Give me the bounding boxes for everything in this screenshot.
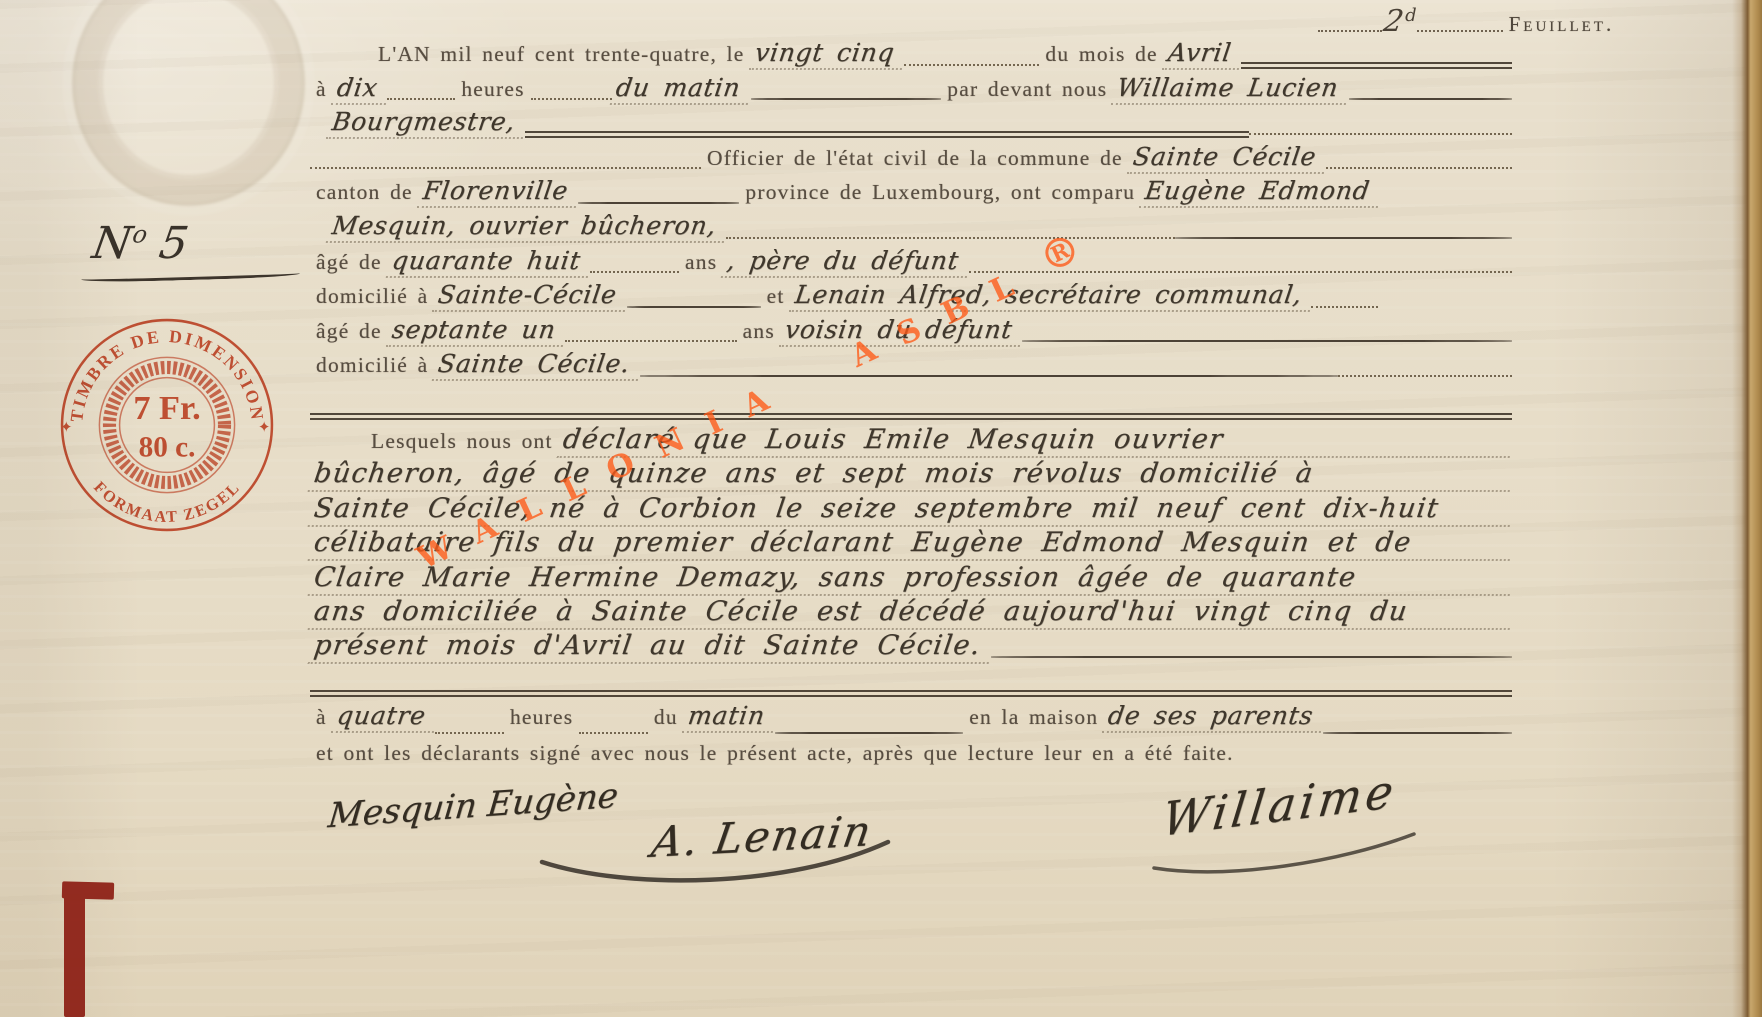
dotted-rule	[531, 98, 613, 100]
handwritten-entry: Bourgmestre,	[326, 107, 528, 139]
dotted-rule	[1338, 375, 1512, 377]
printed-label: ans	[679, 250, 723, 275]
handwritten-entry: septante un	[385, 315, 567, 347]
printed-label: du mois de	[1039, 42, 1163, 67]
handwritten-entry: ans domiciliée à Sainte Cécile est décéd…	[308, 596, 1515, 630]
act-line: ans domiciliée à Sainte Cécile est décéd…	[310, 596, 1512, 630]
act-line: Claire Marie Hermine Demazy, sans profes…	[310, 562, 1512, 596]
printed-label: et ont les déclarants signé avec nous le…	[310, 741, 1240, 766]
act-line: L'AN mil neuf cent trente-quatre, leving…	[310, 38, 1512, 73]
printed-label: heures	[455, 77, 530, 102]
dotted-rule	[1311, 306, 1378, 308]
handwritten-entry: matin	[682, 701, 777, 733]
stamp-value-centimes: 80 c.	[139, 431, 196, 463]
printed-label: Lesquels nous ont	[365, 429, 559, 454]
ink-rule	[1323, 732, 1512, 734]
dotted-rule	[1326, 167, 1512, 169]
embossed-seal	[72, 0, 305, 206]
handwritten-entry: dix	[331, 73, 390, 105]
handwritten-entry: Claire Marie Hermine Demazy, sans profes…	[308, 562, 1515, 596]
printed-label: et	[761, 284, 791, 309]
act-body: L'AN mil neuf cent trente-quatre, leving…	[310, 38, 1512, 777]
handwritten-entry: vingt cinq	[748, 38, 906, 70]
handwritten-entry: Sainte-Cécile	[432, 280, 629, 312]
printed-label: Officier de l'état civil de la commune d…	[701, 146, 1129, 171]
handwritten-entry: quatre	[331, 701, 438, 733]
act-line: àdixheuresdu matinpar devant nousWillaim…	[310, 73, 1512, 108]
ink-rule	[310, 413, 1512, 420]
printed-label: domicilié à	[310, 353, 434, 378]
act-number: No 5	[87, 218, 309, 280]
act-line: àquatreheuresdumatinen la maisonde ses p…	[310, 701, 1512, 741]
dotted-rule	[1318, 30, 1382, 32]
ink-rule	[525, 131, 1249, 138]
handwritten-entry: présent mois d'Avril au dit Sainte Cécil…	[308, 630, 994, 664]
folio-label: Feuillet.	[1509, 12, 1615, 37]
printed-label: province de Luxembourg, ont comparu	[739, 180, 1141, 205]
printed-label: âgé de	[310, 250, 388, 275]
printed-label: canton de	[310, 180, 419, 205]
ink-rule	[1175, 237, 1512, 239]
handwritten-entry: , père du défunt	[721, 246, 971, 278]
handwritten-entry: Avril	[1162, 38, 1244, 70]
act-line: Bourgmestre,	[310, 107, 1512, 142]
printed-label: L'AN mil neuf cent trente-quatre, le	[372, 42, 751, 67]
ink-rule	[1022, 340, 1512, 342]
handwritten-entry: Florenville	[417, 176, 580, 208]
ink-rule	[1349, 98, 1512, 100]
printed-label: du	[648, 705, 684, 730]
handwritten-entry: Sainte Cécile.	[432, 349, 642, 381]
act-line: âgé dequarante huitans, père du défunt	[310, 246, 1512, 281]
ink-rule	[991, 656, 1512, 658]
handwritten-entry: Sainte Cécile	[1127, 142, 1329, 174]
act-line	[310, 384, 1512, 424]
dotted-rule	[1249, 133, 1512, 135]
stamp-bottom-text: FORMAAT ZEGEL	[90, 479, 244, 526]
act-line: présent mois d'Avril au dit Sainte Cécil…	[310, 630, 1512, 664]
handwritten-entry: Willaime Lucien	[1111, 73, 1351, 105]
signature-flourish	[1150, 828, 1420, 878]
ink-rule	[640, 375, 1338, 377]
ink-rule	[578, 202, 740, 204]
signature-flourish	[538, 828, 898, 892]
act-line: bûcheron, âgé de quinze ans et sept mois…	[310, 458, 1512, 492]
dotted-rule	[310, 167, 701, 169]
printed-label: ans	[737, 319, 781, 344]
printed-label: âgé de	[310, 319, 388, 344]
printed-label: à	[310, 705, 333, 730]
act-number-n: N	[89, 218, 136, 269]
death-certificate-page: 2d Feuillet. No 5 TIMBRE DE DIMENSION FO…	[0, 0, 1762, 1017]
dotted-rule	[1417, 30, 1503, 32]
printed-label: domicilié à	[310, 284, 434, 309]
act-line: canton deFlorenvilleprovince de Luxembou…	[310, 176, 1512, 211]
stamp-value-francs: 7 Fr.	[133, 389, 200, 427]
printed-label: par devant nous	[941, 77, 1113, 102]
ink-rule	[1241, 62, 1512, 69]
ink-rule	[627, 306, 761, 308]
printed-label: à	[310, 77, 333, 102]
act-line: domicilié àSainte Cécile.	[310, 349, 1512, 384]
dotted-rule	[904, 64, 1040, 66]
handwritten-entry: Eugène Edmond	[1139, 176, 1382, 208]
dotted-rule	[726, 237, 1175, 239]
dotted-rule	[435, 732, 504, 734]
dotted-rule	[590, 271, 679, 273]
handwritten-entry: quarante huit	[385, 246, 592, 278]
handwritten-entry: bûcheron, âgé de quinze ans et sept mois…	[308, 458, 1515, 492]
ink-rule	[775, 732, 964, 734]
act-line: Mesquin, ouvrier bûcheron,	[310, 211, 1512, 246]
act-line: Officier de l'état civil de la commune d…	[310, 142, 1512, 177]
handwritten-entry: de ses parents	[1102, 701, 1325, 733]
ink-rule	[751, 98, 942, 100]
act-line	[310, 665, 1512, 701]
printed-label: heures	[504, 705, 579, 730]
printed-label: en la maison	[963, 705, 1104, 730]
stamp-ornament-right: ✦	[258, 420, 271, 436]
handwritten-entry: Mesquin, ouvrier bûcheron,	[326, 211, 729, 243]
act-line: Lesquels nous ontdéclaré que Louis Emile…	[310, 424, 1512, 458]
act-number-value: 5	[142, 218, 192, 269]
margin-red-mark	[62, 882, 114, 1017]
dotted-rule	[565, 340, 736, 342]
folio-header: 2d Feuillet.	[1318, 4, 1614, 39]
dotted-rule	[387, 98, 455, 100]
stamp-ornament-left: ✦	[60, 420, 73, 436]
page-edge	[1732, 0, 1762, 1017]
folio-number-suffix: d	[1405, 5, 1417, 26]
revenue-stamp: TIMBRE DE DIMENSION FORMAAT ZEGEL 7 Fr. …	[56, 314, 278, 536]
handwritten-entry: du matin	[610, 73, 753, 105]
dotted-rule	[579, 732, 648, 734]
act-number-underline	[81, 268, 301, 283]
ink-rule	[310, 690, 1512, 697]
folio-number-handwritten: 2	[1379, 4, 1408, 39]
